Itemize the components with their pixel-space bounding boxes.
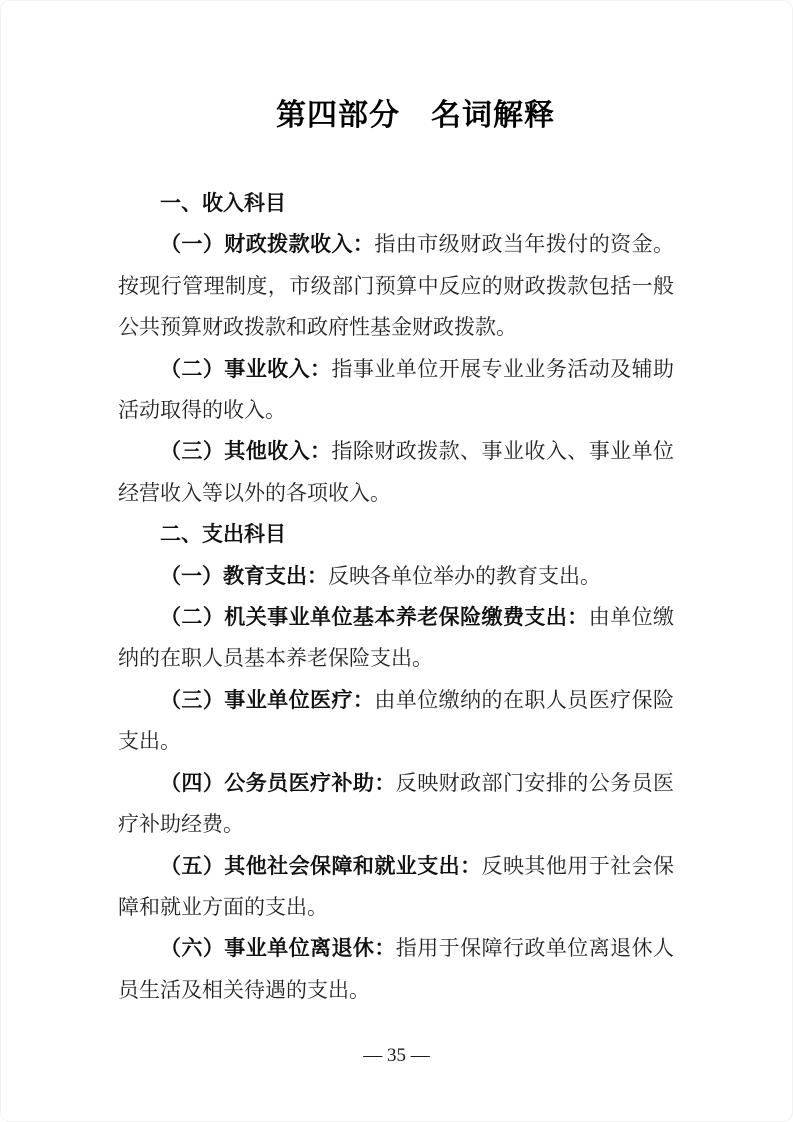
income-item-1: （一）财政拨款收入：指由市级财政当年拨付的资金。按现行管理制度，市级部门预算中反… <box>118 224 674 348</box>
expenditure-item-2-term: （二）机关事业单位基本养老保险缴费支出： <box>160 606 589 629</box>
income-item-2: （二）事业收入：指事业单位开展专业业务活动及辅助活动取得的收入。 <box>118 349 674 432</box>
expenditure-item-6: （六）事业单位离退休：指用于保障行政单位离退休人员生活及相关待遇的支出。 <box>118 928 674 1011</box>
expenditure-item-3-term: （三）事业单位医疗： <box>160 689 374 712</box>
expenditure-item-2: （二）机关事业单位基本养老保险缴费支出：由单位缴纳的在职人员基本养老保险支出。 <box>118 597 674 680</box>
expenditure-item-1-term: （一）教育支出： <box>160 565 328 588</box>
expenditure-item-6-term: （六）事业单位离退休： <box>160 937 396 960</box>
expenditure-item-1-definition: 反映各单位举办的教育支出。 <box>328 564 601 588</box>
document-title: 第四部分 名词解释 <box>19 94 793 138</box>
expenditure-item-3: （三）事业单位医疗：由单位缴纳的在职人员医疗保险支出。 <box>118 680 674 763</box>
section-heading-expenditure: 二、支出科目 <box>118 514 674 555</box>
document-page: 第四部分 名词解释 一、收入科目 （一）财政拨款收入：指由市级财政当年拨付的资金… <box>0 0 793 1122</box>
income-item-1-term: （一）财政拨款收入： <box>160 233 374 256</box>
expenditure-item-4-term: （四）公务员医疗补助： <box>160 772 396 795</box>
income-item-3: （三）其他收入：指除财政拨款、事业收入、事业单位经营收入等以外的各项收入。 <box>118 431 674 514</box>
income-item-3-term: （三）其他收入： <box>160 440 331 463</box>
expenditure-item-5-term: （五）其他社会保障和就业支出： <box>160 855 482 878</box>
page-number: — 35 — <box>0 1043 793 1069</box>
income-item-2-term: （二）事业收入： <box>160 358 331 381</box>
document-body: 一、收入科目 （一）财政拨款收入：指由市级财政当年拨付的资金。按现行管理制度，市… <box>118 183 674 1011</box>
expenditure-item-1: （一）教育支出：反映各单位举办的教育支出。 <box>118 556 674 597</box>
section-heading-income: 一、收入科目 <box>118 183 674 224</box>
expenditure-item-4: （四）公务员医疗补助：反映财政部门安排的公务员医疗补助经费。 <box>118 763 674 846</box>
expenditure-item-5: （五）其他社会保障和就业支出：反映其他用于社会保障和就业方面的支出。 <box>118 846 674 929</box>
